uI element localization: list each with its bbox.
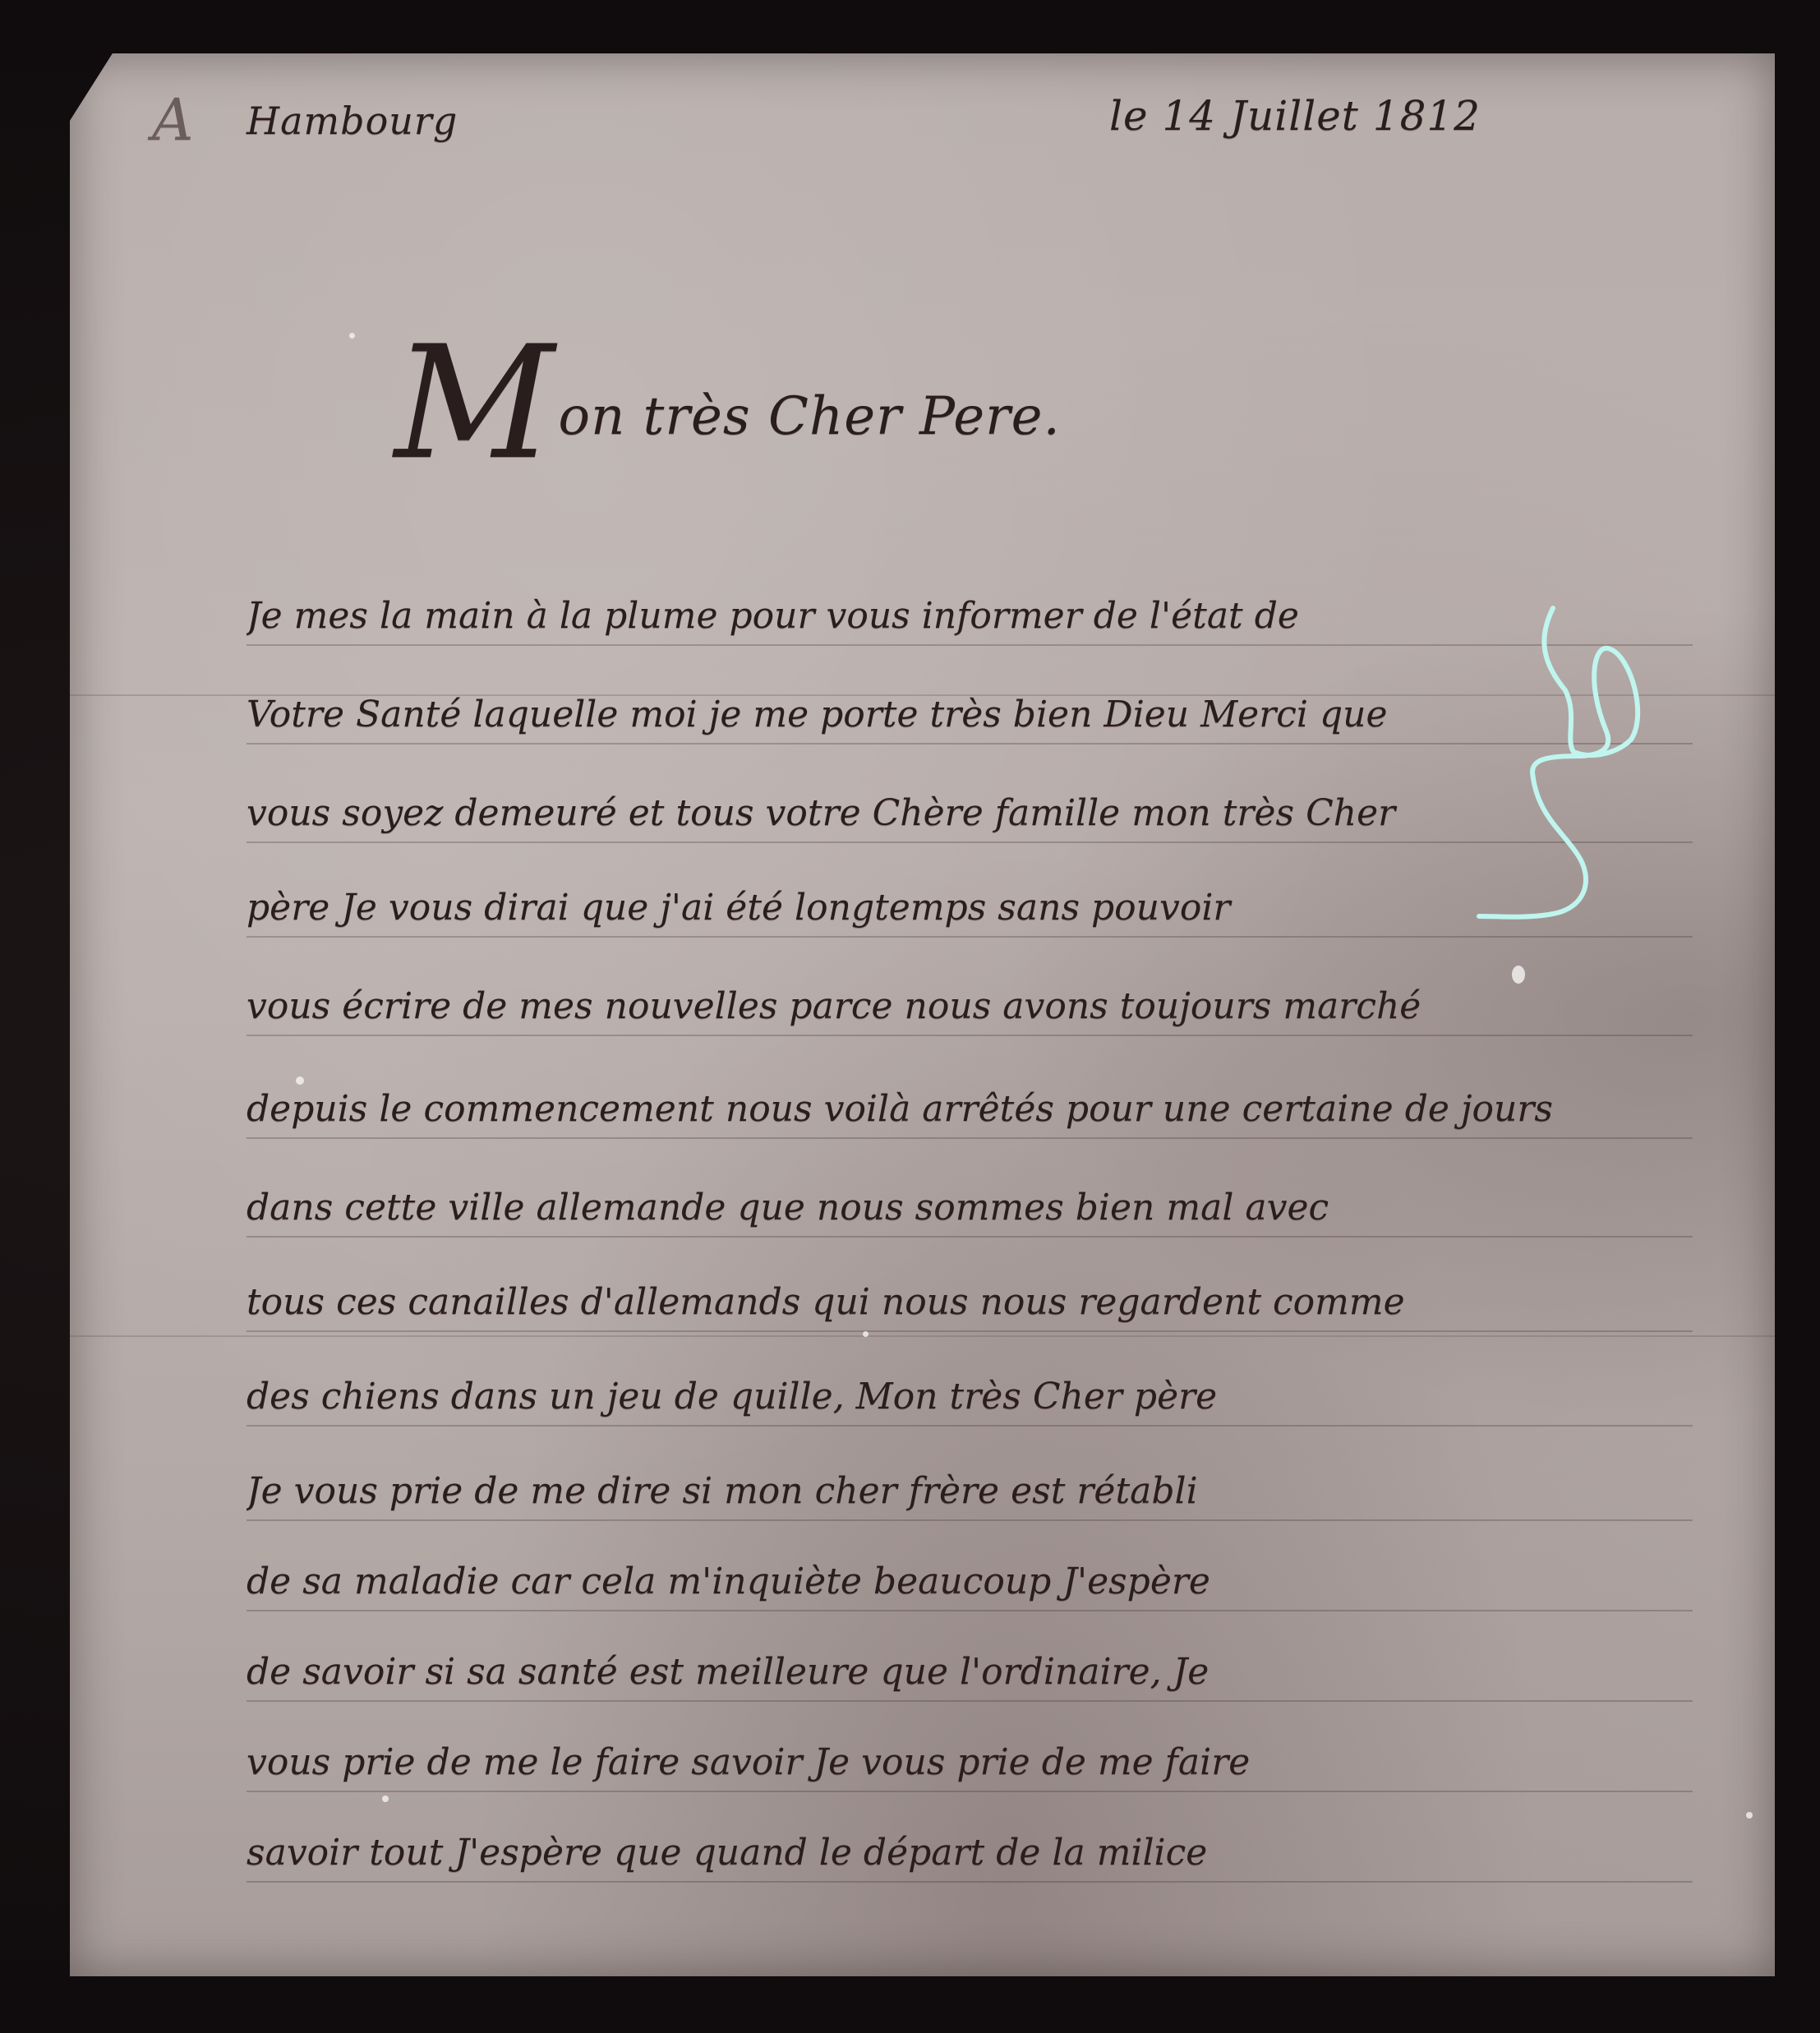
dust-speck [349,333,355,339]
header-place: Hambourg [247,99,458,143]
dust-speck [1512,966,1525,984]
body-line: vous écrire de mes nouvelles parce nous … [247,982,1693,1036]
header-initial: A [152,86,195,154]
salutation-text: on très Cher Pere. [559,386,1061,447]
body-line: Je vous prie de me dire si mon cher frèr… [247,1467,1693,1521]
body-line: depuis le commencement nous voilà arrêté… [247,1085,1693,1139]
body-line: tous ces canailles d'allemands qui nous … [247,1278,1693,1332]
header-date: le 14 Juillet 1812 [1109,92,1481,140]
document-scan: A Hambourg le 14 Juillet 1812 Mon très C… [0,0,1820,2033]
body-line: de savoir si sa santé est meilleure que … [247,1648,1693,1702]
dust-speck [382,1796,389,1802]
body-line: vous soyez demeuré et tous votre Chère f… [247,789,1693,843]
paper-fold-line [70,1335,1775,1337]
body-line: dans cette ville allemande que nous somm… [247,1183,1693,1238]
dust-speck [863,1331,869,1337]
body-line: père Je vous dirai que j'ai été longtemp… [247,883,1693,938]
body-line: vous prie de me le faire savoir Je vous … [247,1738,1693,1792]
body-line: Votre Santé laquelle moi je me porte trè… [247,690,1693,745]
salutation-capital: M [394,312,555,494]
body-line: de sa maladie car cela m'inquiète beauco… [247,1557,1693,1611]
dust-speck [1746,1812,1753,1819]
salutation: Mon très Cher Pere. [394,312,1061,494]
dust-speck [296,1076,304,1085]
body-line: savoir tout J'espère que quand le départ… [247,1828,1693,1883]
body-line: des chiens dans un jeu de quille, Mon tr… [247,1372,1693,1427]
body-line: Je mes la main à la plume pour vous info… [247,592,1693,646]
